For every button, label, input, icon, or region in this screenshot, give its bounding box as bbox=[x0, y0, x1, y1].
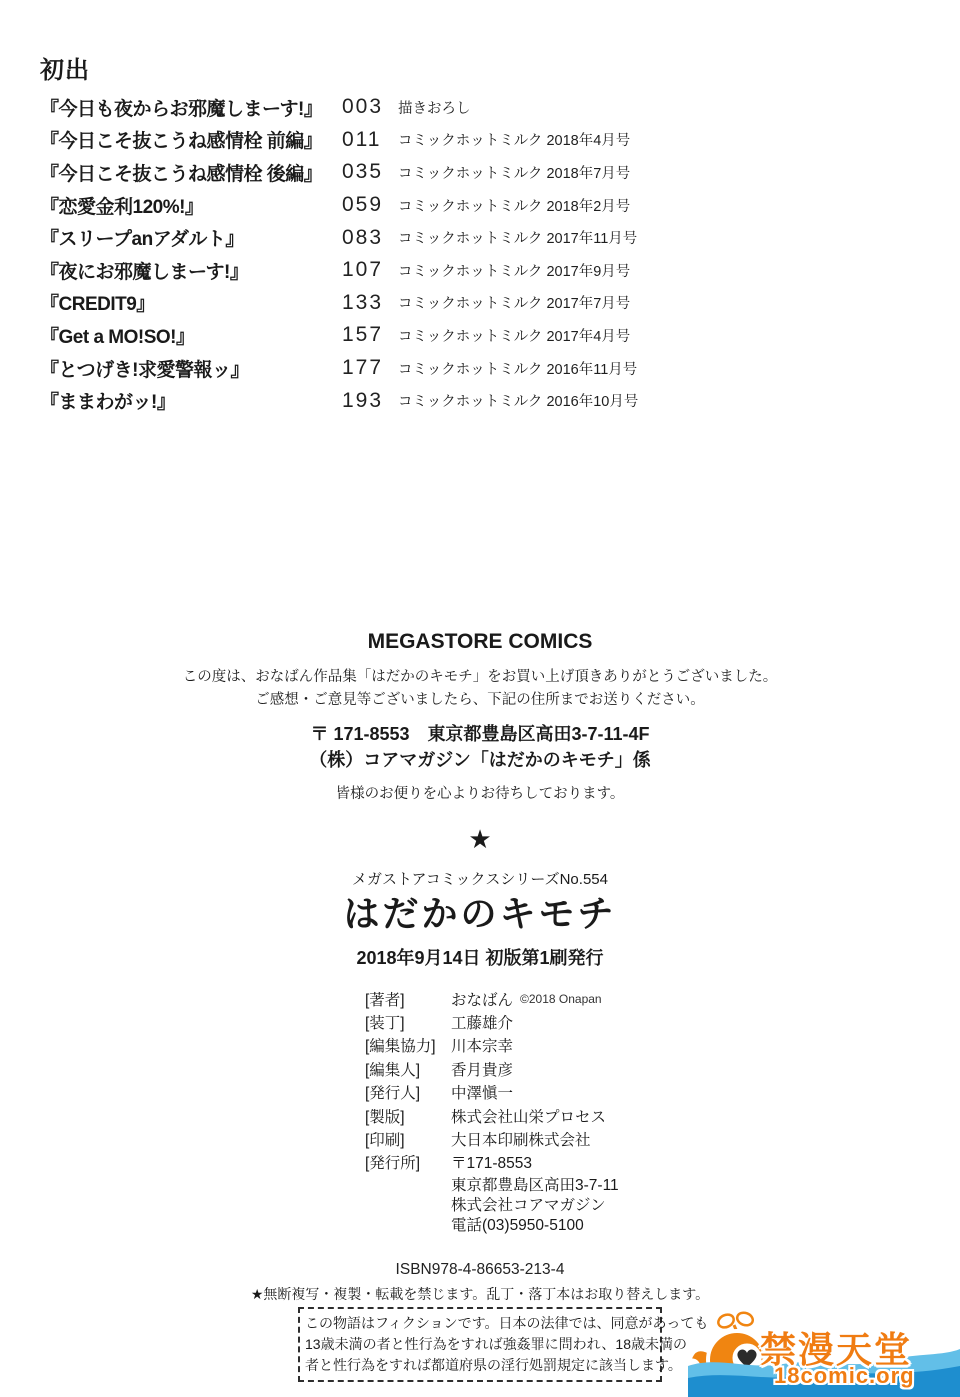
story-title: 『CREDIT9』 bbox=[40, 289, 342, 316]
story-source: コミックホットミルク 2017年7月号 bbox=[398, 292, 630, 313]
story-page-number: 193 bbox=[342, 389, 398, 413]
list-item: 『スリープanアダルト』 083 コミックホットミルク 2017年11月号 bbox=[40, 221, 920, 254]
credit-row: [製版] 株式会社山栄プロセス bbox=[365, 1104, 619, 1127]
story-source: コミックホットミルク 2017年9月号 bbox=[398, 260, 630, 281]
colophon-page: 初出 『今日も夜からお邪魔しまーす!』 003 描きおろし 『今日こそ抜こうね感… bbox=[0, 0, 960, 1397]
credit-row: [装丁] 工藤雄介 bbox=[365, 1010, 619, 1033]
story-title: 『今日こそ抜こうね感情栓 後編』 bbox=[40, 159, 342, 186]
story-source: コミックホットミルク 2016年11月号 bbox=[398, 358, 637, 379]
story-page-number: 177 bbox=[342, 356, 398, 380]
credit-row: [編集人] 香月貴彦 bbox=[365, 1057, 619, 1080]
list-item: 『今日こそ抜こうね感情栓 前編』 011 コミックホットミルク 2018年4月号 bbox=[40, 124, 920, 157]
story-page-number: 003 bbox=[342, 95, 398, 119]
story-source: 描きおろし bbox=[398, 97, 471, 118]
credit-value: 川本宗幸 bbox=[451, 1034, 513, 1056]
story-title: 『今日こそ抜こうね感情栓 前編』 bbox=[40, 126, 342, 153]
credit-value: 香月貴彦 bbox=[451, 1058, 513, 1080]
copyright-note: ©2018 Onapan bbox=[520, 992, 602, 1006]
story-source: コミックホットミルク 2018年4月号 bbox=[398, 129, 630, 150]
first-publication-list: 『今日も夜からお邪魔しまーす!』 003 描きおろし 『今日こそ抜こうね感情栓 … bbox=[40, 91, 920, 417]
story-title: 『恋愛金利120%!』 bbox=[40, 192, 342, 219]
list-item: 『今日こそ抜こうね感情栓 後編』 035 コミックホットミルク 2018年7月号 bbox=[40, 156, 920, 189]
edition-line: 2018年9月14日 初版第1刷発行 bbox=[0, 944, 960, 970]
credit-value: 〒171-8553 bbox=[451, 1151, 532, 1173]
credit-value: 株式会社コアマガジン bbox=[451, 1193, 606, 1215]
credit-label: [発行人] bbox=[365, 1081, 451, 1103]
credit-label: [編集協力] bbox=[365, 1034, 451, 1056]
story-page-number: 083 bbox=[342, 226, 398, 250]
story-source: コミックホットミルク 2017年4月号 bbox=[398, 325, 630, 346]
story-title: 『ままわがッ!』 bbox=[40, 387, 342, 414]
closing-line: 皆様のお便りを心よりお待ちしております。 bbox=[0, 782, 960, 803]
story-page-number: 011 bbox=[342, 128, 398, 152]
credit-row: [発行所] 〒171-8553 bbox=[365, 1151, 619, 1174]
story-title: 『Get a MO!SO!』 bbox=[40, 322, 342, 349]
credit-value: 中澤愼一 bbox=[451, 1081, 513, 1103]
credit-value: 電話(03)5950-5100 bbox=[451, 1213, 584, 1235]
book-title: はだかのキモチ bbox=[0, 886, 960, 937]
credit-row: 東京都豊島区高田3-7-11 bbox=[365, 1174, 619, 1194]
credit-label: [著者] bbox=[365, 988, 451, 1010]
story-title: 『今日も夜からお邪魔しまーす!』 bbox=[40, 94, 342, 121]
thanks-line-1: この度は、おなばん作品集「はだかのキモチ」をお買い上げ頂きありがとうございました… bbox=[0, 665, 960, 686]
fiction-disclaimer-box: この物語はフィクションです。日本の法律では、同意があっても 13歳未満の者と性行… bbox=[298, 1307, 662, 1382]
watermark-site-url: 18comic.org bbox=[774, 1363, 915, 1389]
list-item: 『夜にお邪魔しまーす!』 107 コミックホットミルク 2017年9月号 bbox=[40, 254, 920, 287]
story-title: 『スリープanアダルト』 bbox=[40, 224, 342, 251]
list-item: 『今日も夜からお邪魔しまーす!』 003 描きおろし bbox=[40, 91, 920, 124]
disclaimer-line: この物語はフィクションです。日本の法律では、同意があっても bbox=[305, 1313, 655, 1334]
credit-label: [発行所] bbox=[365, 1151, 451, 1173]
credit-value: 工藤雄介 bbox=[451, 1011, 513, 1033]
list-item: 『恋愛金利120%!』 059 コミックホットミルク 2018年2月号 bbox=[40, 189, 920, 222]
credit-value: おなばん bbox=[451, 988, 513, 1010]
list-item: 『とつげき!求愛警報ッ』 177 コミックホットミルク 2016年11月号 bbox=[40, 352, 920, 385]
list-item: 『ままわがッ!』 193 コミックホットミルク 2016年10月号 bbox=[40, 384, 920, 417]
credit-row: [発行人] 中澤愼一 bbox=[365, 1081, 619, 1104]
disclaimer-line: 者と性行為をすれば都道府県の淫行処罰規定に該当します。 bbox=[305, 1355, 655, 1376]
disclaimer-line: 13歳未満の者と性行為をすれば強姦罪に問われ、18歳未満の bbox=[305, 1334, 655, 1355]
credit-label: [製版] bbox=[365, 1105, 451, 1127]
reproduction-notice: ★無断複写・複製・転載を禁じます。乱丁・落丁本はお取り替えします。 bbox=[0, 1284, 960, 1304]
credit-value: 株式会社山栄プロセス bbox=[451, 1105, 606, 1127]
list-item: 『CREDIT9』 133 コミックホットミルク 2017年7月号 bbox=[40, 287, 920, 320]
isbn: ISBN978-4-86653-213-4 bbox=[0, 1261, 960, 1279]
credit-value: 東京都豊島区高田3-7-11 bbox=[451, 1173, 619, 1195]
credit-row: [編集協力] 川本宗幸 bbox=[365, 1034, 619, 1057]
story-page-number: 107 bbox=[342, 258, 398, 282]
credit-row: 電話(03)5950-5100 bbox=[365, 1214, 619, 1234]
credit-label: [編集人] bbox=[365, 1058, 451, 1080]
story-source: コミックホットミルク 2016年10月号 bbox=[398, 390, 638, 411]
story-page-number: 157 bbox=[342, 323, 398, 347]
story-title: 『とつげき!求愛警報ッ』 bbox=[40, 355, 342, 382]
credit-value: 大日本印刷株式会社 bbox=[451, 1128, 591, 1150]
credit-row: [印刷] 大日本印刷株式会社 bbox=[365, 1127, 619, 1150]
story-page-number: 035 bbox=[342, 160, 398, 184]
story-source: コミックホットミルク 2018年7月号 bbox=[398, 162, 630, 183]
story-source: コミックホットミルク 2017年11月号 bbox=[398, 227, 637, 248]
credits-list: [著者] おなばん ©2018 Onapan [装丁] 工藤雄介 [編集協力] … bbox=[365, 987, 619, 1234]
story-title: 『夜にお邪魔しまーす!』 bbox=[40, 257, 342, 284]
imprint-brand: MEGASTORE COMICS bbox=[0, 630, 960, 654]
star-icon: ★ bbox=[0, 824, 960, 855]
mail-address-line-1: 〒 171-8553 東京都豊島区高田3-7-11-4F bbox=[0, 720, 960, 746]
mail-address-line-2: （株）コアマガジン「はだかのキモチ」係 bbox=[0, 746, 960, 772]
thanks-line-2: ご感想・ご意見等ございましたら、下記の住所までお送りください。 bbox=[0, 688, 960, 709]
site-watermark: 禁漫天堂 18comic.org bbox=[688, 1308, 960, 1397]
credit-row: 株式会社コアマガジン bbox=[365, 1194, 619, 1214]
list-item: 『Get a MO!SO!』 157 コミックホットミルク 2017年4月号 bbox=[40, 319, 920, 352]
credit-label: [装丁] bbox=[365, 1011, 451, 1033]
credit-row: [著者] おなばん ©2018 Onapan bbox=[365, 987, 619, 1010]
credit-label: [印刷] bbox=[365, 1128, 451, 1150]
first-publication-heading: 初出 bbox=[40, 50, 90, 85]
story-source: コミックホットミルク 2018年2月号 bbox=[398, 195, 630, 216]
story-page-number: 133 bbox=[342, 291, 398, 315]
story-page-number: 059 bbox=[342, 193, 398, 217]
